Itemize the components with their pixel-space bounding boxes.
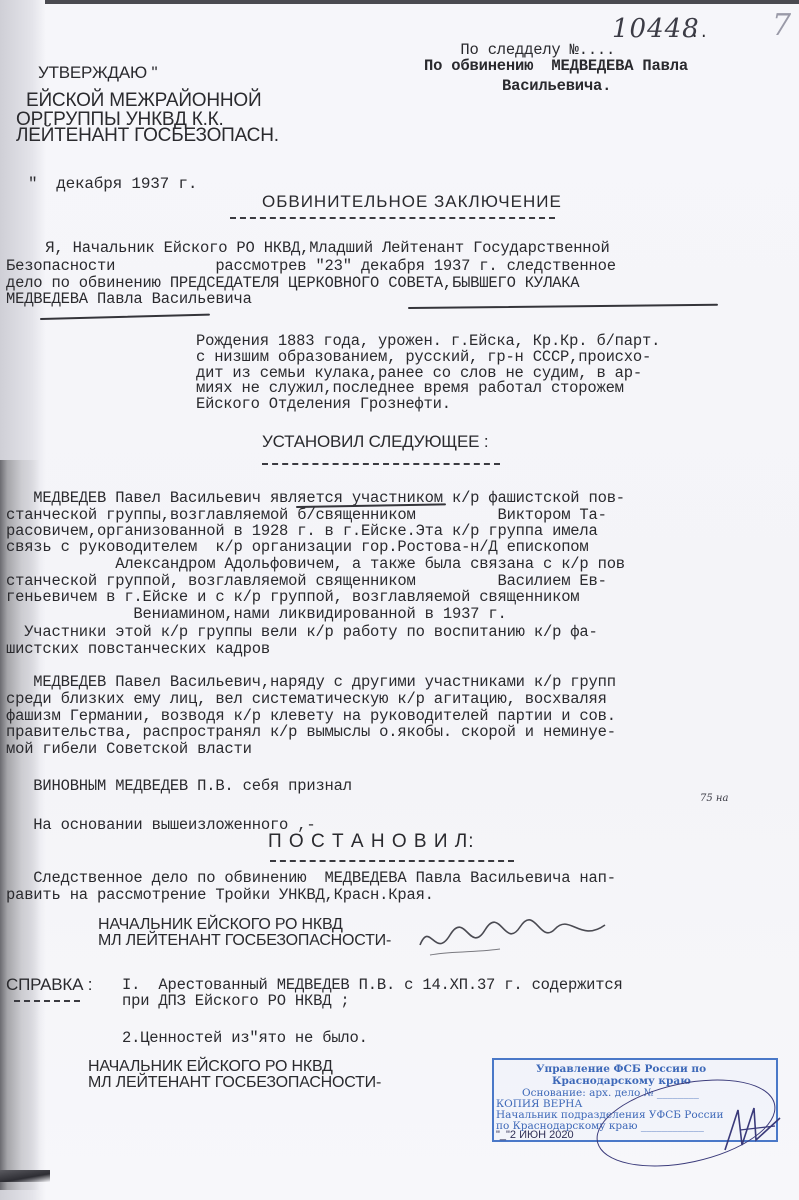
stamp-line-1: Управление ФСБ России по: [536, 1064, 706, 1076]
case-ref-suffix: ..: [690, 25, 708, 42]
accusation-line-2: Васильевича.: [502, 78, 611, 95]
resolved-underline: [270, 860, 514, 862]
note-item-1-line-2: при ДПЗ Ейского РО НКВД ;: [122, 993, 350, 1010]
intro-line-4: МЕДВЕДЕВА Павла Васильевича: [6, 291, 252, 308]
signature-1-line-1: НАЧАЛЬНИК ЕЙСКОГО РО НКВД: [98, 916, 343, 933]
p1-line-8: Вениамином,нами ликвидированной в 1937 г…: [6, 606, 507, 623]
stamp-signature: [720, 1100, 790, 1160]
stamp-date: "_"2 ИЮН 2020: [496, 1130, 574, 1142]
p2-line-4: правительства, распространял к/р вымыслы…: [6, 724, 616, 741]
signature-1-line-2: МЛ ЛЕЙТЕНАНТ ГОСБЕЗОПАСНОСТИ-: [98, 932, 391, 949]
hand-underline-2: [40, 314, 210, 320]
resolution-line-1: Следственное дело по обвинению МЕДВЕДЕВА…: [6, 870, 616, 887]
handwritten-signature-1: [410, 915, 620, 965]
hand-underline-1: [408, 304, 718, 309]
signature-2-line-2: МЛ ЛЕЙТЕНАНТ ГОСБЕЗОПАСНОСТИ-: [88, 1074, 381, 1091]
document-page: По следделу №.... 10448 .. 7 По обвинени…: [0, 0, 799, 1200]
p2-line-2: среди близких ему лиц, вел систематическ…: [6, 691, 607, 708]
note-item-2: 2.Ценностей из"ято не было.: [122, 1030, 368, 1047]
p1-line-1: МЕДВЕДЕВ Павел Васильевич является участ…: [6, 490, 625, 507]
sheet-number: 7: [772, 8, 791, 43]
p1-line-5: Александром Адольфовичем, а также была с…: [6, 556, 625, 573]
approve-line-1: ЕЙСКОЙ МЕЖРАЙОННОЙ: [26, 92, 261, 109]
p1-line-4: связь с руководителем к/р организации го…: [6, 539, 589, 556]
p2-line-5: мой гибели Советской власти: [6, 741, 252, 758]
p1-line-10: шистских повстанческих кадров: [6, 641, 270, 658]
note-label: СПРАВКА :: [6, 976, 92, 993]
intro-line-1: Я, Начальник Ейского РО НКВД,Младший Лей…: [18, 240, 610, 257]
accusation-line-1: По обвинению МЕДВЕДЕВА Павла: [424, 58, 688, 75]
case-number-handwritten: 10448: [612, 14, 700, 44]
established-heading: УСТАНОВИЛ СЛЕДУЮЩЕЕ :: [262, 433, 488, 450]
resolution-line-2: равить на рассмотрение Тройки УНКВД,Крас…: [6, 887, 434, 904]
page-bottom-fold: [0, 1170, 50, 1182]
page-top-edge: [45, 0, 799, 4]
signature-2-line-1: НАЧАЛЬНИК ЕЙСКОГО РО НКВД: [88, 1058, 333, 1075]
established-underline: [262, 463, 500, 465]
p1-line-9: Участники этой к/р группы вели к/р работ…: [6, 624, 598, 641]
approve-date: " декабря 1937 г.: [28, 176, 197, 193]
approve-title: УТВЕРЖДАЮ ": [38, 64, 157, 81]
margin-note: 75 на: [700, 793, 728, 804]
resolved-heading: П О С Т А Н О В И Л:: [268, 833, 475, 850]
document-heading: ОБВИНИТЕЛЬНОЕ ЗАКЛЮЧЕНИЕ: [262, 193, 562, 210]
heading-underline: [230, 217, 555, 219]
bio-line-5: Ейского Отделения Грознефти.: [196, 396, 451, 413]
approve-line-3: ЛЕЙТЕНАНТ ГОСБЕЗОПАСН.: [16, 127, 279, 144]
intro-line-2: Безопасности рассмотрев "23" декабря 193…: [6, 258, 616, 275]
guilty-statement: ВИНОВНЫМ МЕДВЕДЕВ П.В. себя признал: [6, 778, 352, 795]
p2-line-1: МЕДВЕДЕВ Павел Васильевич,наряду с други…: [6, 674, 616, 691]
note-label-underline: [14, 1000, 80, 1002]
p1-line-7: геньевичем в г.Ейске и с к/р группой, во…: [6, 589, 579, 606]
